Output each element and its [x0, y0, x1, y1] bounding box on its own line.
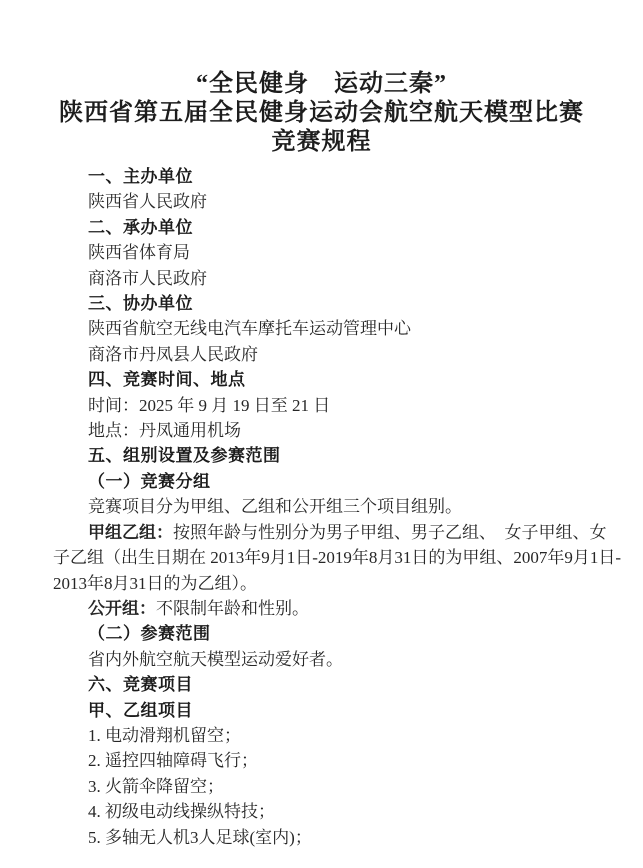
list-item-event-3: 3. 火箭伞降留空；: [53, 774, 613, 799]
paragraph-place: 地点：丹凤通用机场: [53, 418, 613, 443]
title-sub-line: 竞赛规程: [0, 128, 643, 157]
title-main-line: 陕西省第五届全民健身运动会航空航天模型比赛: [0, 99, 643, 128]
section-heading-events: 六、竞赛项目: [53, 672, 613, 697]
section-heading-coorganizer: 三、协办单位: [53, 291, 613, 316]
section-heading-time-place: 四、竞赛时间、地点: [53, 367, 613, 392]
paragraph-scope: 省内外航空航天模型运动爱好者。: [53, 647, 613, 672]
paragraph-grouping-intro: 竞赛项目分为甲组、乙组和公开组三个项目组别。: [53, 494, 613, 519]
open-group-text: 不限制年龄和性别。: [156, 599, 309, 618]
paragraph-group-ab-line1: 甲组乙组：按照年龄与性别分为男子甲组、男子乙组、 女子甲组、女: [53, 520, 613, 545]
list-item-event-4: 4. 初级电动线操纵特技；: [53, 799, 613, 824]
paragraph-open-group: 公开组：不限制年龄和性别。: [53, 596, 613, 621]
paragraph-time: 时间：2025 年 9 月 19 日至 21 日: [53, 393, 613, 418]
document-title-block: “全民健身 运动三秦” 陕西省第五届全民健身运动会航空航天模型比赛 竞赛规程: [0, 0, 643, 157]
paragraph-host-org: 陕西省人民政府: [53, 189, 613, 214]
sub-heading-ab-events: 甲、乙组项目: [53, 698, 613, 723]
paragraph-organizer-1: 陕西省体育局: [53, 240, 613, 265]
paragraph-group-ab-line3: 2013年8月31日的为乙组）。: [53, 571, 613, 596]
section-heading-groups: 五、组别设置及参赛范围: [53, 443, 613, 468]
list-item-event-5: 5. 多轴无人机3人足球(室内)；: [53, 825, 613, 850]
group-ab-text: 按照年龄与性别分为男子甲组、男子乙组、 女子甲组、女: [173, 523, 607, 542]
sub-heading-grouping: （一）竞赛分组: [53, 469, 613, 494]
section-heading-organizer: 二、承办单位: [53, 215, 613, 240]
paragraph-organizer-2: 商洛市人民政府: [53, 266, 613, 291]
title-quote-line: “全民健身 运动三秦”: [0, 70, 643, 99]
open-group-label: 公开组：: [88, 599, 156, 618]
sub-heading-scope: （二）参赛范围: [53, 621, 613, 646]
list-item-event-1: 1. 电动滑翔机留空；: [53, 723, 613, 748]
document-body: 一、主办单位 陕西省人民政府 二、承办单位 陕西省体育局 商洛市人民政府 三、协…: [0, 164, 643, 850]
document-page: “全民健身 运动三秦” 陕西省第五届全民健身运动会航空航天模型比赛 竞赛规程 一…: [0, 0, 643, 868]
paragraph-coorganizer-2: 商洛市丹凤县人民政府: [53, 342, 613, 367]
list-item-event-2: 2. 遥控四轴障碍飞行；: [53, 748, 613, 773]
paragraph-coorganizer-1: 陕西省航空无线电汽车摩托车运动管理中心: [53, 316, 613, 341]
group-ab-label: 甲组乙组：: [88, 523, 173, 542]
paragraph-group-ab-line2: 子乙组（出生日期在 2013年9月1日-2019年8月31日的为甲组、2007年…: [53, 545, 613, 570]
section-heading-host: 一、主办单位: [53, 164, 613, 189]
